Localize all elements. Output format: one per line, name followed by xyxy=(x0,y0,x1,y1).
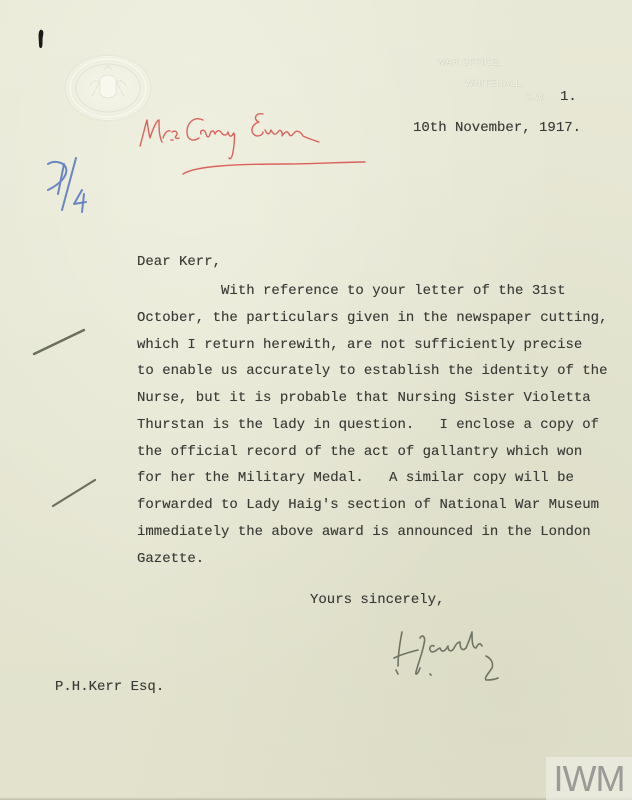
letter-date: 10th November, 1917. xyxy=(413,120,581,136)
letterhead-sw: S.W. xyxy=(525,92,546,102)
punch-hole-mark xyxy=(37,28,45,50)
body-line: immediately the above award is announced… xyxy=(137,524,591,540)
body-line: October, the particulars given in the ne… xyxy=(137,310,607,326)
blue-pencil-reference xyxy=(40,150,110,220)
body-line: With reference to your letter of the 31s… xyxy=(137,283,565,299)
margin-tick-mark xyxy=(30,325,90,359)
signature xyxy=(390,628,510,688)
body-line: Gazette. xyxy=(137,551,204,567)
closing: Yours sincerely, xyxy=(310,592,444,608)
body-line: the official record of the act of gallan… xyxy=(137,444,582,460)
letterhead-postal-number: 1. xyxy=(560,89,577,105)
letter-page: WAR OFFICE, WHITEHALL, S.W. 1. xyxy=(0,0,632,800)
red-pencil-annotation xyxy=(135,108,375,188)
body-line: Nurse, but it is probable that Nursing S… xyxy=(137,390,591,406)
body-line: to enable us accurately to establish the… xyxy=(137,363,607,379)
margin-tick-mark xyxy=(48,475,102,511)
letterhead-whitehall: WHITEHALL, xyxy=(465,78,524,88)
body-line: Thurstan is the lady in question. I encl… xyxy=(137,417,599,433)
body-line: for her the Military Medal. A similar co… xyxy=(137,470,574,486)
salutation: Dear Kerr, xyxy=(137,254,221,270)
body-line: forwarded to Lady Haig's section of Nati… xyxy=(137,497,599,513)
body-line: which I return herewith, are not suffici… xyxy=(137,337,582,353)
letterhead-war-office: WAR OFFICE, xyxy=(437,57,501,67)
iwm-watermark: IWM xyxy=(546,757,632,800)
addressee: P.H.Kerr Esq. xyxy=(55,679,164,695)
